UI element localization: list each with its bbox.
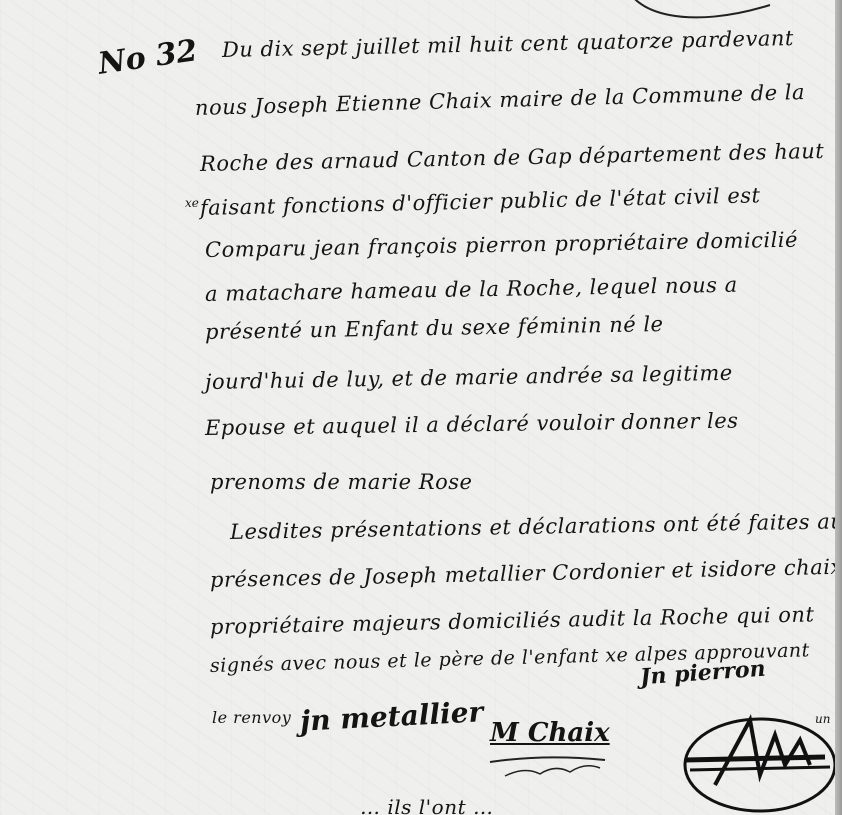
text-line-1: Du dix sept juillet mil huit cent quator… [222,26,794,62]
text-line-5: Comparu jean françois pierron propriétai… [205,228,798,262]
text-line-10: prenoms de marie Rose [210,470,472,494]
text-line-4: faisant fonctions d'officier public de l… [200,183,761,220]
signature-metallier: jn metallier [299,695,484,738]
text-line-15: le renvoy [212,708,291,727]
chaix-underline-flourish [485,752,615,782]
text-line-11: Lesdites présentations et déclarations o… [230,509,842,544]
text-line-3: Roche des arnaud Canton de Gap départeme… [200,139,825,176]
page-edge [835,0,842,815]
text-line-2: nous Joseph Etienne Chaix maire de la Co… [195,80,806,120]
entry-number: No 32 [96,33,200,82]
signature-chaix-witness: M Chaix [490,718,610,748]
text-line-8: jourd'hui de luy, et de marie andrée sa … [205,361,733,394]
corner-fragment: un [815,712,830,726]
text-line-12: présences de Joseph metallier Cordonier … [210,555,842,592]
partial-bottom-line: … ils l'ont … [360,795,493,815]
text-line-6: a matachare hameau de la Roche, lequel n… [205,273,738,306]
text-line-9: Epouse et auquel il a déclaré vouloir do… [205,409,739,440]
text-line-7: présenté un Enfant du sexe féminin né le [205,312,664,344]
text-line-13: propriétaire majeurs domiciliés audit la… [210,602,815,639]
document-page: No 32 xe Du dix sept juillet mil huit ce… [0,0,836,815]
margin-note: xe [185,196,199,210]
